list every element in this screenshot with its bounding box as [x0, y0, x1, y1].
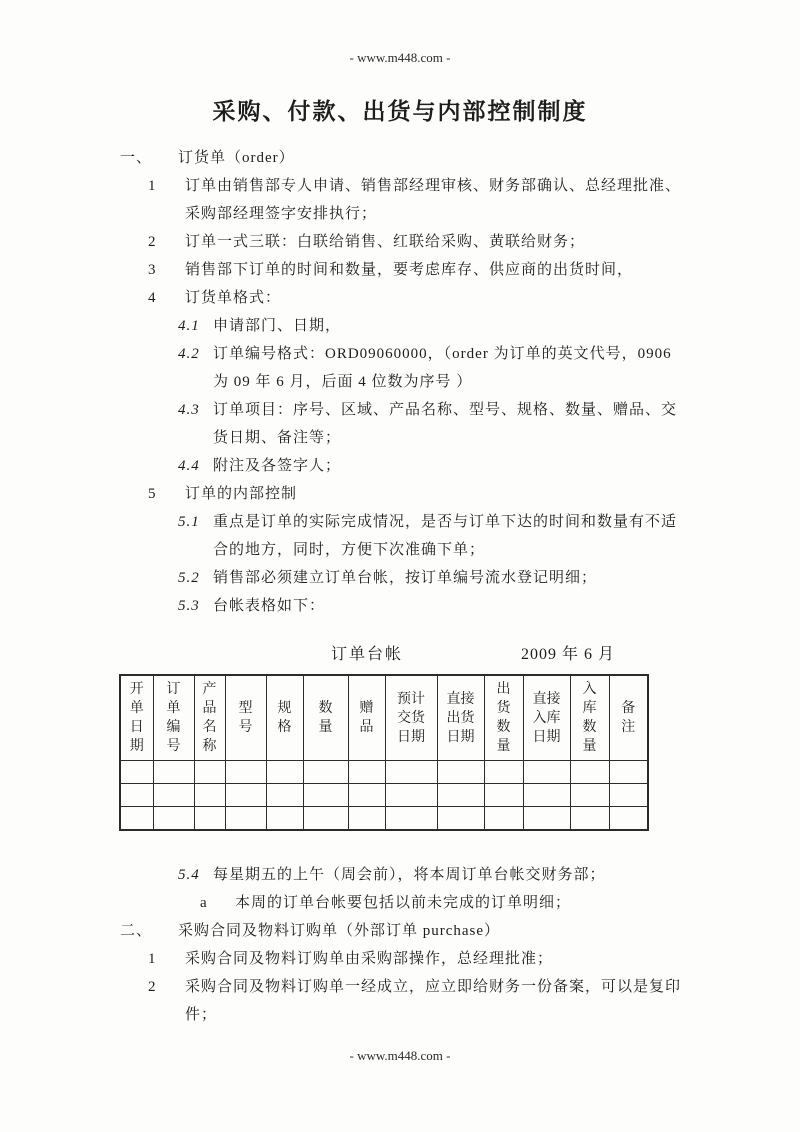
section-heading: 一、订货单（order） — [0, 144, 800, 172]
table-cell — [153, 784, 194, 807]
list-item: a本周的订单台帐要包括以前未完成的订单明细； — [0, 889, 800, 917]
table-cell — [225, 761, 266, 784]
item-number: 1 — [148, 945, 157, 973]
list-item: 3销售部下订单的时间和数量，要考虑库存、供应商的出货时间， — [0, 256, 800, 284]
item-number: 5 — [148, 480, 157, 508]
table-cell — [348, 784, 385, 807]
list-item: 5.2销售部必须建立订单台帐，按订单编号流水登记明细； — [0, 564, 800, 592]
table-cell — [609, 784, 648, 807]
table-header-cell-规格: 规 格 — [266, 675, 303, 761]
item-text: 每星期五的上午（周会前），将本周订单台帐交财务部； — [213, 861, 687, 889]
item-text: 订单编号格式：ORD09060000，（order 为订单的英文代号，0906 … — [213, 340, 687, 396]
item-text: 采购合同及物料订购单（外部订单 purchase） — [178, 917, 687, 945]
table-cell — [484, 784, 523, 807]
table-cell — [225, 784, 266, 807]
table-row — [120, 807, 648, 831]
page-footer-url: - www.m448.com - — [0, 1048, 800, 1064]
table-cell — [523, 807, 570, 831]
item-number: 5.2 — [178, 564, 200, 592]
table-header-cell-出货数量: 出 货 数 量 — [484, 675, 523, 761]
table-header-cell-直接出货日期: 直接 出货 日期 — [437, 675, 484, 761]
table-header-cell-直接入库日期: 直接 入库 日期 — [523, 675, 570, 761]
table-header-cell-开单日期: 开 单 日 期 — [120, 675, 153, 761]
item-number: 一、 — [120, 144, 152, 172]
item-text: 采购合同及物料订购单由采购部操作，总经理批准； — [185, 945, 686, 973]
item-number: 4 — [148, 284, 157, 312]
section-heading: 二、采购合同及物料订购单（外部订单 purchase） — [0, 917, 800, 945]
table-header-cell-预计交货日期: 预计 交货 日期 — [385, 675, 437, 761]
item-text: 重点是订单的实际完成情况，是否与订单下达的时间和数量有不适合的地方，同时，方便下… — [213, 508, 687, 564]
table-cell — [523, 784, 570, 807]
table-title: 订单台帐 — [331, 644, 403, 666]
table-cell — [266, 807, 303, 831]
table-cell — [225, 807, 266, 831]
table-cell — [437, 807, 484, 831]
table-cell — [266, 784, 303, 807]
table-cell — [570, 807, 609, 831]
table-header-cell-入库数量: 入 库 数 量 — [570, 675, 609, 761]
list-item: 4.2订单编号格式：ORD09060000，（order 为订单的英文代号，09… — [0, 340, 800, 396]
item-text: 订单项目：序号、区域、产品名称、型号、规格、数量、赠品、交货日期、备注等； — [213, 396, 687, 452]
item-number: 4.3 — [178, 396, 200, 424]
table-cell — [348, 807, 385, 831]
table-header-cell-订单编号: 订 单 编 号 — [153, 675, 194, 761]
item-number: 5.1 — [178, 508, 200, 536]
table-row — [120, 761, 648, 784]
table-cell — [266, 761, 303, 784]
ledger-table: 开 单 日 期订 单 编 号产 品 名 称型 号规 格数 量赠 品预计 交货 日… — [119, 674, 649, 831]
list-item: 5订单的内部控制 — [0, 480, 800, 508]
table-header-cell-数量: 数 量 — [303, 675, 348, 761]
order-ledger-block: 订单台帐2009 年 6 月开 单 日 期订 单 编 号产 品 名 称型 号规 … — [119, 644, 649, 831]
item-text: 采购合同及物料订购单一经成立，应立即给财务一份备案，可以是复印件； — [185, 973, 686, 1029]
item-text: 订单一式三联：白联给销售、红联给采购、黄联给财务； — [185, 228, 686, 256]
document-body: 一、订货单（order）1订单由销售部专人申请、销售部经理审核、财务部确认、总经… — [0, 144, 800, 1029]
table-cell — [385, 784, 437, 807]
item-text: 订单由销售部专人申请、销售部经理审核、财务部确认、总经理批准、采购部经理签字安排… — [185, 172, 686, 228]
table-cell — [120, 784, 153, 807]
list-item: 5.4每星期五的上午（周会前），将本周订单台帐交财务部； — [0, 861, 800, 889]
list-item: 1采购合同及物料订购单由采购部操作，总经理批准； — [0, 945, 800, 973]
table-cell — [523, 761, 570, 784]
item-text: 订单的内部控制 — [185, 480, 686, 508]
table-cell — [303, 761, 348, 784]
list-item: 4.4附注及各签字人； — [0, 452, 800, 480]
table-cell — [194, 761, 225, 784]
list-item: 1订单由销售部专人申请、销售部经理审核、财务部确认、总经理批准、采购部经理签字安… — [0, 172, 800, 228]
table-cell — [194, 784, 225, 807]
list-item: 5.1重点是订单的实际完成情况，是否与订单下达的时间和数量有不适合的地方，同时，… — [0, 508, 800, 564]
table-cell — [570, 784, 609, 807]
table-cell — [609, 807, 648, 831]
item-text: 销售部必须建立订单台帐，按订单编号流水登记明细； — [213, 564, 687, 592]
table-cell — [348, 761, 385, 784]
table-caption: 订单台帐2009 年 6 月 — [119, 644, 649, 666]
item-number: 2 — [148, 973, 157, 1001]
item-number: a — [200, 889, 208, 917]
table-cell — [385, 761, 437, 784]
table-cell — [120, 807, 153, 831]
list-item: 4.3订单项目：序号、区域、产品名称、型号、规格、数量、赠品、交货日期、备注等； — [0, 396, 800, 452]
item-number: 二、 — [120, 917, 152, 945]
table-cell — [484, 761, 523, 784]
item-text: 本周的订单台帐要包括以前未完成的订单明细； — [235, 889, 687, 917]
table-cell — [153, 807, 194, 831]
table-cell — [303, 784, 348, 807]
page-header-url: - www.m448.com - — [0, 0, 800, 66]
table-cell — [609, 761, 648, 784]
item-number: 3 — [148, 256, 157, 284]
item-text: 申请部门、日期， — [213, 312, 687, 340]
list-item: 4订货单格式： — [0, 284, 800, 312]
item-number: 2 — [148, 228, 157, 256]
list-item: 2采购合同及物料订购单一经成立，应立即给财务一份备案，可以是复印件； — [0, 973, 800, 1029]
table-header-cell-备注: 备 注 — [609, 675, 648, 761]
item-number: 1 — [148, 172, 157, 200]
table-cell — [303, 807, 348, 831]
table-period: 2009 年 6 月 — [521, 644, 615, 666]
item-number: 4.4 — [178, 452, 200, 480]
table-cell — [120, 761, 153, 784]
table-header-cell-赠品: 赠 品 — [348, 675, 385, 761]
list-item: 2订单一式三联：白联给销售、红联给采购、黄联给财务； — [0, 228, 800, 256]
table-cell — [437, 784, 484, 807]
table-header-row: 开 单 日 期订 单 编 号产 品 名 称型 号规 格数 量赠 品预计 交货 日… — [120, 675, 648, 761]
document-title: 采购、付款、出货与内部控制制度 — [0, 96, 800, 128]
table-cell — [194, 807, 225, 831]
table-cell — [153, 761, 194, 784]
item-text: 附注及各签字人； — [213, 452, 687, 480]
item-text: 订货单（order） — [178, 144, 687, 172]
table-cell — [437, 761, 484, 784]
item-number: 5.3 — [178, 592, 200, 620]
item-text: 订货单格式： — [185, 284, 686, 312]
table-row — [120, 784, 648, 807]
item-number: 4.1 — [178, 312, 200, 340]
document-page: - www.m448.com - 采购、付款、出货与内部控制制度 一、订货单（o… — [0, 0, 800, 1132]
item-text: 销售部下订单的时间和数量，要考虑库存、供应商的出货时间， — [185, 256, 686, 284]
table-header-cell-产品名称: 产 品 名 称 — [194, 675, 225, 761]
table-cell — [484, 807, 523, 831]
item-text: 台帐表格如下： — [213, 592, 687, 620]
table-cell — [570, 761, 609, 784]
table-header-cell-型号: 型 号 — [225, 675, 266, 761]
item-number: 4.2 — [178, 340, 200, 368]
table-cell — [385, 807, 437, 831]
list-item: 4.1申请部门、日期， — [0, 312, 800, 340]
list-item: 5.3台帐表格如下： — [0, 592, 800, 620]
item-number: 5.4 — [178, 861, 200, 889]
